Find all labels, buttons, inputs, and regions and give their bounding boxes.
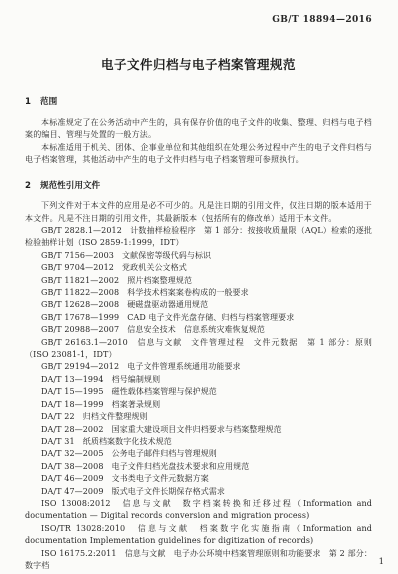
reference-item: DA/T 22 归档文件整理规则: [25, 411, 372, 423]
reference-item: GB/T 9704—2012 党政机关公文格式: [25, 262, 372, 274]
reference-item: ISO/TR 13028:2010 信息与文献 档案数字化实施指南（Inform…: [25, 523, 372, 548]
section-number: 1: [25, 96, 31, 109]
reference-item: GB/T 29194—2012 电子文件管理系统通用功能要求: [25, 361, 372, 373]
references-intro-paragraph: 下列文件对于本文件的应用是必不可少的。凡是注日期的引用文件，仅注日期的版本适用于…: [25, 200, 372, 225]
reference-item: DA/T 31 纸质档案数字化技术规范: [25, 436, 372, 448]
reference-item: ISO 16175.2:2011 信息与文献 电子办公环境中档案管理原则和功能要…: [25, 548, 372, 573]
reference-item: GB/T 17678—1999 CAD 电子文件光盘存储、归档与档案管理要求: [25, 312, 372, 324]
page-content: GB/T 18894—2016 电子文件归档与电子档案管理规范 1范围 本标准规…: [0, 0, 398, 574]
reference-item: GB/T 2828.1—2012 计数抽样检验程序 第 1 部分：按接收质量限（…: [25, 225, 372, 250]
page-number: 1: [379, 557, 384, 567]
reference-item: DA/T 15—1995 磁性载体档案管理与保护规范: [25, 386, 372, 398]
reference-item: GB/T 11821—2002 照片档案整理规范: [25, 275, 372, 287]
standard-number: GB/T 18894—2016: [25, 15, 372, 26]
reference-item: DA/T 28—2002 国家重大建设项目文件归档要求与档案整理规范: [25, 424, 372, 436]
document-page: GB/T 18894—2016 电子文件归档与电子档案管理规范 1范围 本标准规…: [0, 0, 398, 574]
reference-item: GB/T 26163.1—2010 信息与文献 文件管理过程 文件元数据 第 1…: [25, 337, 372, 362]
section-title: 规范性引用文件: [40, 181, 100, 191]
section-heading-normative-references: 2规范性引用文件: [25, 180, 372, 193]
reference-item: GB/T 11822—2008 科学技术档案案卷构成的一般要求: [25, 287, 372, 299]
references-list: GB/T 2828.1—2012 计数抽样检验程序 第 1 部分：按接收质量限（…: [25, 225, 372, 572]
reference-item: ISO 13008:2012 信息与文献 数字档案转换和迁移过程（Informa…: [25, 498, 372, 523]
reference-item: DA/T 13—1994 档号编制规则: [25, 374, 372, 386]
reference-item: DA/T 46—2009 文书类电子文件元数据方案: [25, 473, 372, 485]
reference-item: DA/T 38—2008 电子文件归档光盘技术要求和应用规范: [25, 461, 372, 473]
section-number: 2: [25, 180, 31, 193]
reference-item: GB/T 12628—2008 硬磁盘驱动器通用规范: [25, 299, 372, 311]
reference-item: DA/T 47—2009 版式电子文件长期保存格式需求: [25, 486, 372, 498]
reference-item: DA/T 32—2005 公务电子邮件归档与管理规则: [25, 448, 372, 460]
reference-item: GB/T 20988—2007 信息安全技术 信息系统灾难恢复规范: [25, 324, 372, 336]
reference-item: GB/T 7156—2003 文献保密等级代码与标识: [25, 250, 372, 262]
reference-item: DA/T 18—1999 档案著录规则: [25, 399, 372, 411]
scope-paragraph: 本标准适用于机关、团体、企事业单位和其他组织在处理公务过程中产生的电子文件归档与…: [25, 142, 372, 167]
scope-paragraph: 本标准规定了在公务活动中产生的，具有保存价值的电子文件的收集、整理、归档与电子档…: [25, 117, 372, 142]
section-heading-scope: 1范围: [25, 96, 372, 109]
section-title: 范围: [40, 97, 57, 107]
document-title: 电子文件归档与电子档案管理规范: [25, 56, 372, 73]
